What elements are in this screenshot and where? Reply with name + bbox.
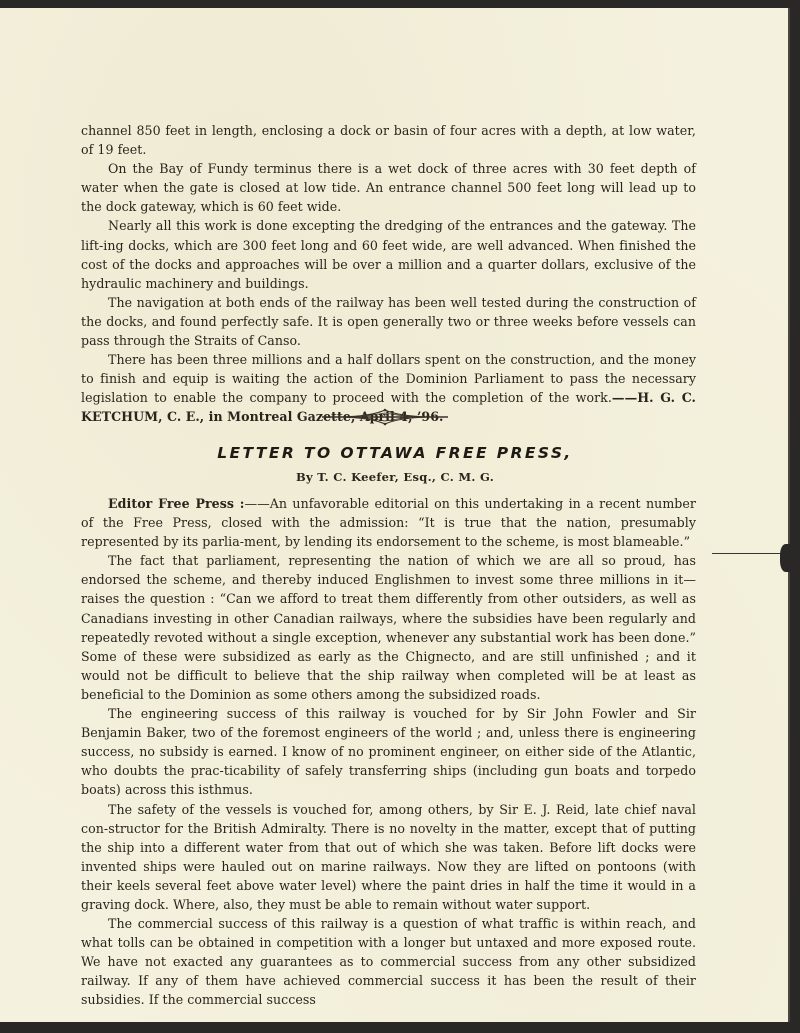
paragraph: On the Bay of Fundy terminus there is a … — [81, 159, 696, 216]
salutation: Editor Free Press : — [108, 496, 244, 511]
paragraph: Editor Free Press :——An unfavorable edit… — [81, 494, 696, 551]
paragraph: The commercial success of this railway i… — [81, 914, 696, 1009]
document-page: channel 850 feet in length, enclosing a … — [0, 8, 790, 1022]
paragraph: The safety of the vessels is vouched for… — [81, 800, 696, 915]
margin-rule-mark — [712, 553, 790, 554]
paragraph-text: There has been three millions and a half… — [81, 352, 696, 405]
ornament-divider-icon — [322, 407, 448, 427]
paragraph: The navigation at both ends of the railw… — [81, 293, 696, 350]
paragraph: The engineering success of this railway … — [81, 704, 696, 799]
paragraph: Nearly all this work is done excepting t… — [81, 216, 696, 292]
paragraph: channel 850 feet in length, enclosing a … — [81, 121, 696, 159]
letter-byline: By T. C. Keefer, Esq., C. M. G. — [0, 470, 790, 484]
letter-heading: LETTER TO OTTAWA FREE PRESS, — [0, 444, 790, 462]
ketchum-article-continuation: channel 850 feet in length, enclosing a … — [81, 121, 696, 427]
letter-body: Editor Free Press :——An unfavorable edit… — [81, 494, 696, 1010]
binding-blot — [780, 544, 794, 572]
paragraph: The fact that parliament, representing t… — [81, 551, 696, 704]
